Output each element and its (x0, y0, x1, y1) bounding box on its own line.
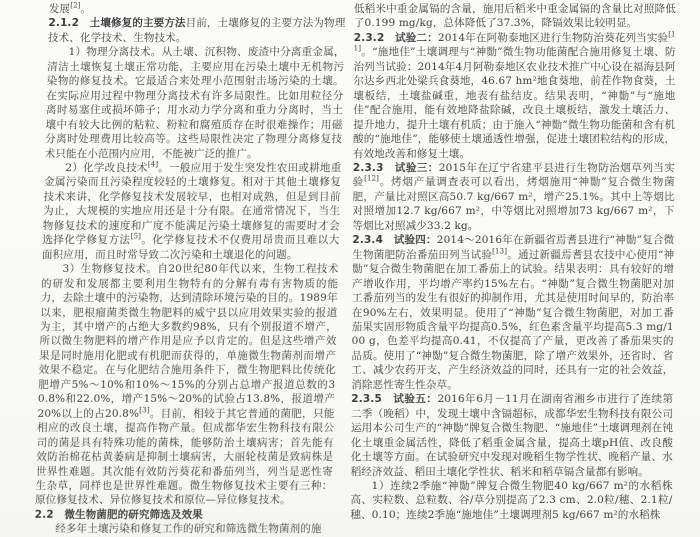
paragraph: 2.3.5 试验五：2016年6月－11月在湖南省湘乡市进行了连续第二季（晚稻）… (351, 392, 674, 479)
text-run: 3）生物修复技术。自20世纪80年代以来，生物工程技术的研发和发展都主要利用生物… (37, 263, 338, 420)
text-run: 2014年在阿勒泰地区进行生物防治葵花列当实验 (438, 32, 668, 44)
heading-run: 2.3.4 试验四： (352, 234, 436, 246)
heading-run: 2.1.2 土壤修复的主要方法 (48, 17, 186, 29)
text-run: 2）化学改良技术 (65, 162, 148, 174)
heading-run: 2.3.2 试验二： (354, 32, 438, 44)
heading-run: 2.3.5 试验五： (351, 393, 437, 405)
text-run: 1）连续2季施“神勚”牌复合微生物肥40 kg/667 m²的水稻株高、实粒数、… (350, 480, 672, 521)
citation-ref: [4] (148, 160, 159, 168)
paragraph: 2.3.2 试验二：2014年在阿勒泰地区进行生物防治葵花列当实验[11]。“施… (353, 31, 676, 161)
text-run: 低稻米中重金属镉的含量，施用后稻米中重金属镉的含量比对照降低了0.199 mg/… (354, 3, 676, 29)
text-run: 。 (80, 3, 91, 15)
paragraph: 2.3.4 试验四：2014～2016年在新疆省焉耆县进行“神勚”复合微生物菌肥… (351, 233, 674, 392)
paragraph: 1）连续2季施“神勚”牌复合微生物肥40 kg/667 m²的水稻株高、实粒数、… (350, 479, 672, 522)
paragraph: 2.1.2 土壤修复的主要方法目前，土壤修复的主要方法为物理技术、化学技术、生物… (48, 16, 346, 45)
citation-ref: [13] (492, 247, 507, 255)
text-run: 1）物理分离技术。从土壤、沉积物、废渣中分离重金属，清洁土壤恢复土壤正常功能，主… (45, 46, 345, 159)
text-run: 。烤烟产量调查表可以看出，烤烟施用“神勚”复合微生物菌肥，产量比对照区高50.7… (352, 176, 674, 231)
section-heading: 2.2 微生物菌肥的研究筛选及效果 (34, 508, 331, 522)
heading-run: 2.2 微生物菌肥的研究筛选及效果 (35, 509, 203, 521)
paragraph: 2.3.3 试验三：2015年在辽宁省建平县进行生物防治烟草列当实验[12]。烤… (352, 161, 675, 233)
paragraph: 经多年土壤污染和修复工作的研究和筛选微生物菌剂的施 (34, 522, 331, 536)
text-run: 。目前，相较于其它普通的菌肥，只能相应的改良土壤，提高作物产量。但成都华宏生物科… (35, 408, 335, 507)
document-page: 发展[2]。2.1.2 土壤修复的主要方法目前，土壤修复的主要方法为物理技术、化… (0, 0, 700, 537)
text-column-left: 发展[2]。2.1.2 土壤修复的主要方法目前，土壤修复的主要方法为物理技术、化… (34, 2, 346, 537)
citation-ref: [3] (139, 406, 150, 414)
text-column-right: 低稻米中重金属镉的含量，施用后稻米中重金属镉的含量比对照降低了0.199 mg/… (350, 2, 676, 522)
citation-ref: [5] (131, 233, 142, 241)
text-run: 2016年6月－11月在湖南省湘乡市进行了连续第二季（晚稻）中，发现土壤中含镉超… (351, 393, 674, 477)
paragraph: 3）生物修复技术。自20世纪80年代以来，生物工程技术的研发和发展都主要利用生物… (35, 262, 339, 508)
paragraph: 低稻米中重金属镉的含量，施用后稻米中重金属镉的含量比对照降低了0.199 mg/… (354, 2, 676, 31)
citation-ref: [12] (364, 175, 379, 183)
text-run: 。“施地佳”土壤调理与“神勚”微生物功能菌配合施用修复土壤、防治列当试验：201… (353, 46, 676, 159)
text-run: 。通过新疆焉耆县农技中心使用“神勚”复合微生物菌肥在加工番茄上的试验。结果表明：… (351, 249, 674, 391)
paragraph: 2）化学改良技术[4]。一般应用于发生突发性农田或耕地重金属污染而且污染程度较轻… (42, 161, 342, 262)
text-run: 发展 (49, 3, 71, 15)
heading-run: 2.3.3 试验三： (353, 162, 439, 174)
citation-ref: [2] (70, 2, 81, 10)
paragraph: 发展[2]。 (49, 2, 346, 16)
text-run: 经多年土壤污染和修复工作的研究和筛选微生物菌剂的施 (55, 523, 322, 535)
paragraph: 1）物理分离技术。从土壤、沉积物、废渣中分离重金属，清洁土壤恢复土壤正常功能，主… (45, 45, 345, 161)
